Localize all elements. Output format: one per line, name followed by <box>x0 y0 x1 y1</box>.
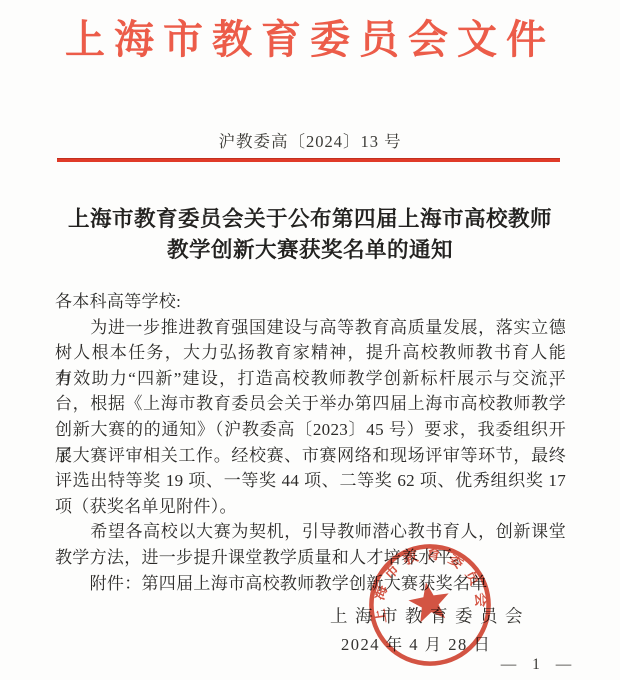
notice-body: 各本科高等学校: 为进一步推进教育强国建设与高等教育高质量发展，落实立德 树人根… <box>55 289 566 596</box>
official-seal-icon: 上海市教育委员会 <box>354 529 507 680</box>
notice-title-line1: 上海市教育委员会关于公布第四届上海市高校教师 <box>30 204 590 235</box>
body-line: 有效助力“四新”建设，打造高校教师教学创新标杆展示与交流平 <box>55 366 566 392</box>
body-line: 希望各高校以大赛为契机，引导教师潜心教书育人，创新课堂 <box>55 519 566 545</box>
body-line: 树人根本任务，大力弘扬教育家精神，提升高校教师教书育人能力， <box>55 340 566 366</box>
seal-star-icon <box>406 579 453 624</box>
document-header-title: 上海市教育委员会文件 <box>0 14 620 66</box>
body-line: 评选出特等奖 19 项、一等奖 44 项、二等奖 62 项、优秀组织奖 17 <box>55 468 566 494</box>
body-line: 项（获奖名单见附件）。 <box>55 494 566 520</box>
body-line: 为进一步推进教育强国建设与高等教育高质量发展，落实立德 <box>55 315 566 341</box>
body-line: 创新大赛的的通知》（沪教委高〔2023〕45 号）要求，我委组织开展 <box>55 417 566 443</box>
header-divider-rule <box>57 158 560 162</box>
document-number: 沪教委高〔2024〕13 号 <box>0 131 620 153</box>
notice-title-line2: 教学创新大赛获奖名单的通知 <box>30 235 590 266</box>
body-line: 了大赛评审相关工作。经校赛、市赛网络和现场评审等环节，最终 <box>55 443 566 469</box>
body-salutation: 各本科高等学校: <box>55 289 566 315</box>
body-line: 台，根据《上海市教育委员会关于举办第四届上海市高校教师教学 <box>55 391 566 417</box>
document-page: 上海市教育委员会文件 沪教委高〔2024〕13 号 上海市教育委员会关于公布第四… <box>0 0 620 680</box>
notice-title: 上海市教育委员会关于公布第四届上海市高校教师 教学创新大赛获奖名单的通知 <box>30 204 590 266</box>
